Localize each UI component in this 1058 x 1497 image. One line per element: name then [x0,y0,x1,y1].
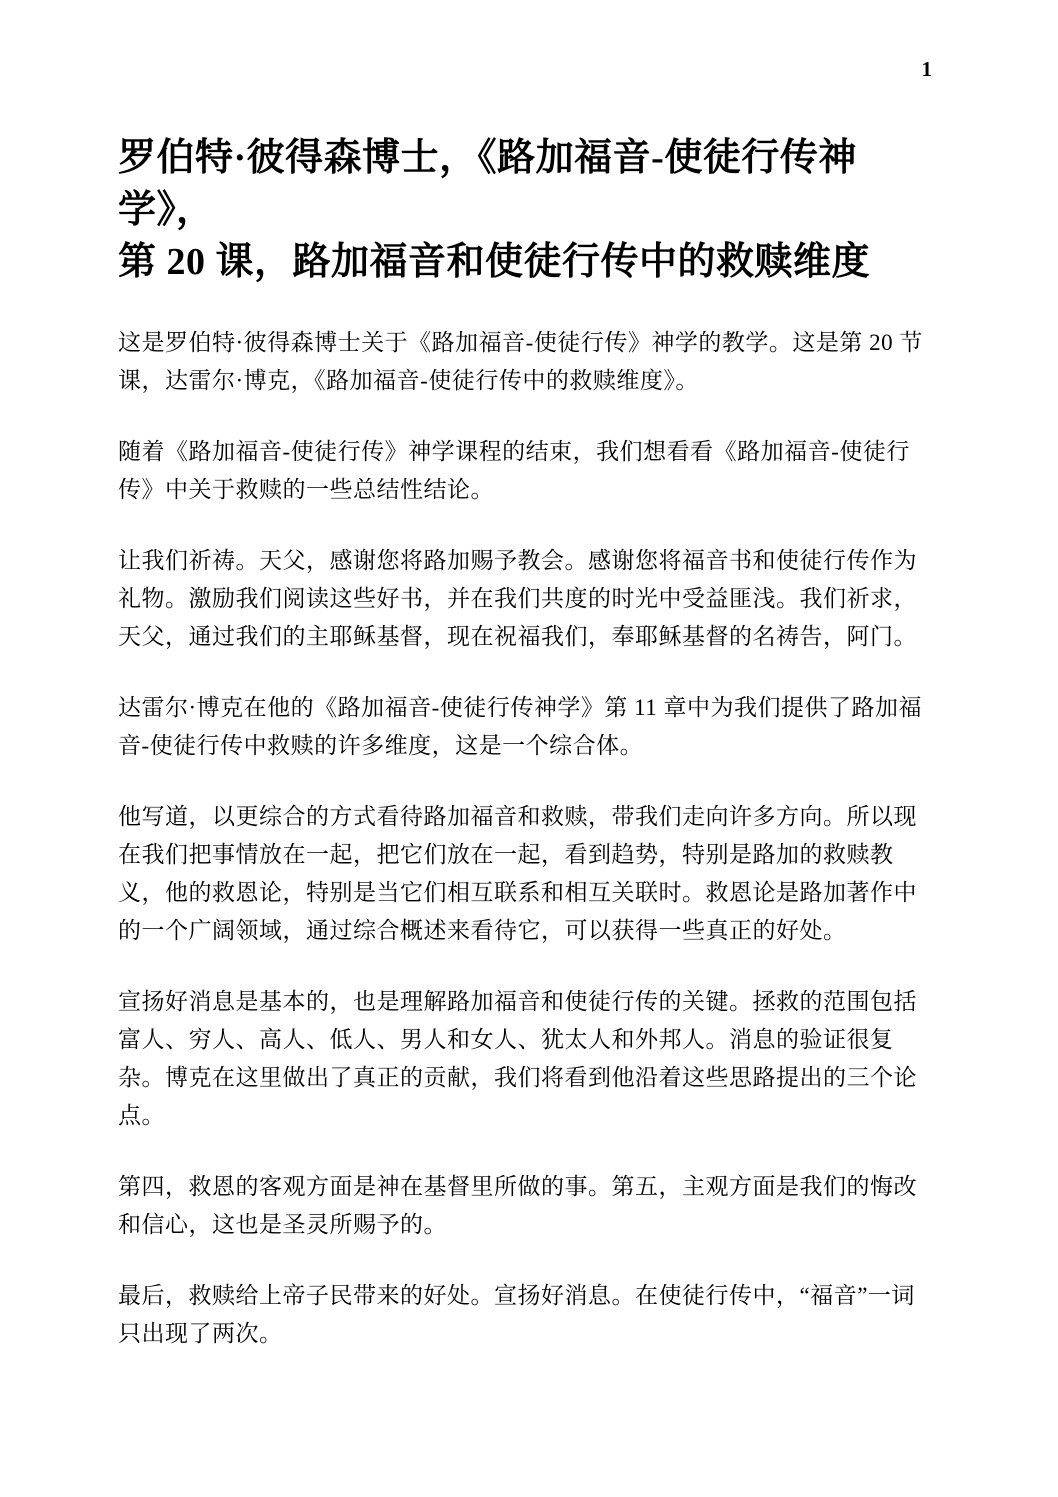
paragraph-intro: 这是罗伯特·彼得森博士关于《路加福音-使徒行传》神学的教学。这是第 20 节 课… [118,324,942,400]
paragraph-bock-chapter: 达雷尔·博克在他的《路加福音-使徒行传神学》第 11 章中为我们提供了路加福 音… [118,689,942,765]
paragraph-course-conclusion: 随着《路加福音-使徒行传》神学课程的结束，我们想看看《路加福音-使徒行 传》中关… [118,433,942,509]
paragraph-objective-subjective: 第四，救恩的客观方面是神在基督里所做的事。第五，主观方面是我们的悔改 和信心，这… [118,1168,942,1244]
document-content: 罗伯特·彼得森博士，《路加福音-使徒行传神 学》， 第 20 课，路加福音和使徒… [118,0,942,1386]
paragraph-synthesis: 他写道，以更综合的方式看待路加福音和救赎，带我们走向许多方向。所以现 在我们把事… [118,798,942,950]
document-title: 罗伯特·彼得森博士，《路加福音-使徒行传神 学》， 第 20 课，路加福音和使徒… [118,132,942,288]
paragraph-prayer: 让我们祈祷。天父，感谢您将路加赐予教会。感谢您将福音书和使徒行传作为 礼物。激励… [118,542,942,656]
paragraph-benefits: 最后，救赎给上帝子民带来的好处。宣扬好消息。在使徒行传中，“福音”一词 只出现了… [118,1277,942,1353]
paragraph-good-news: 宣扬好消息是基本的，也是理解路加福音和使徒行传的关键。拯救的范围包括 富人、穷人… [118,983,942,1135]
document-page: 1 罗伯特·彼得森博士，《路加福音-使徒行传神 学》， 第 20 课，路加福音和… [0,0,1058,1497]
